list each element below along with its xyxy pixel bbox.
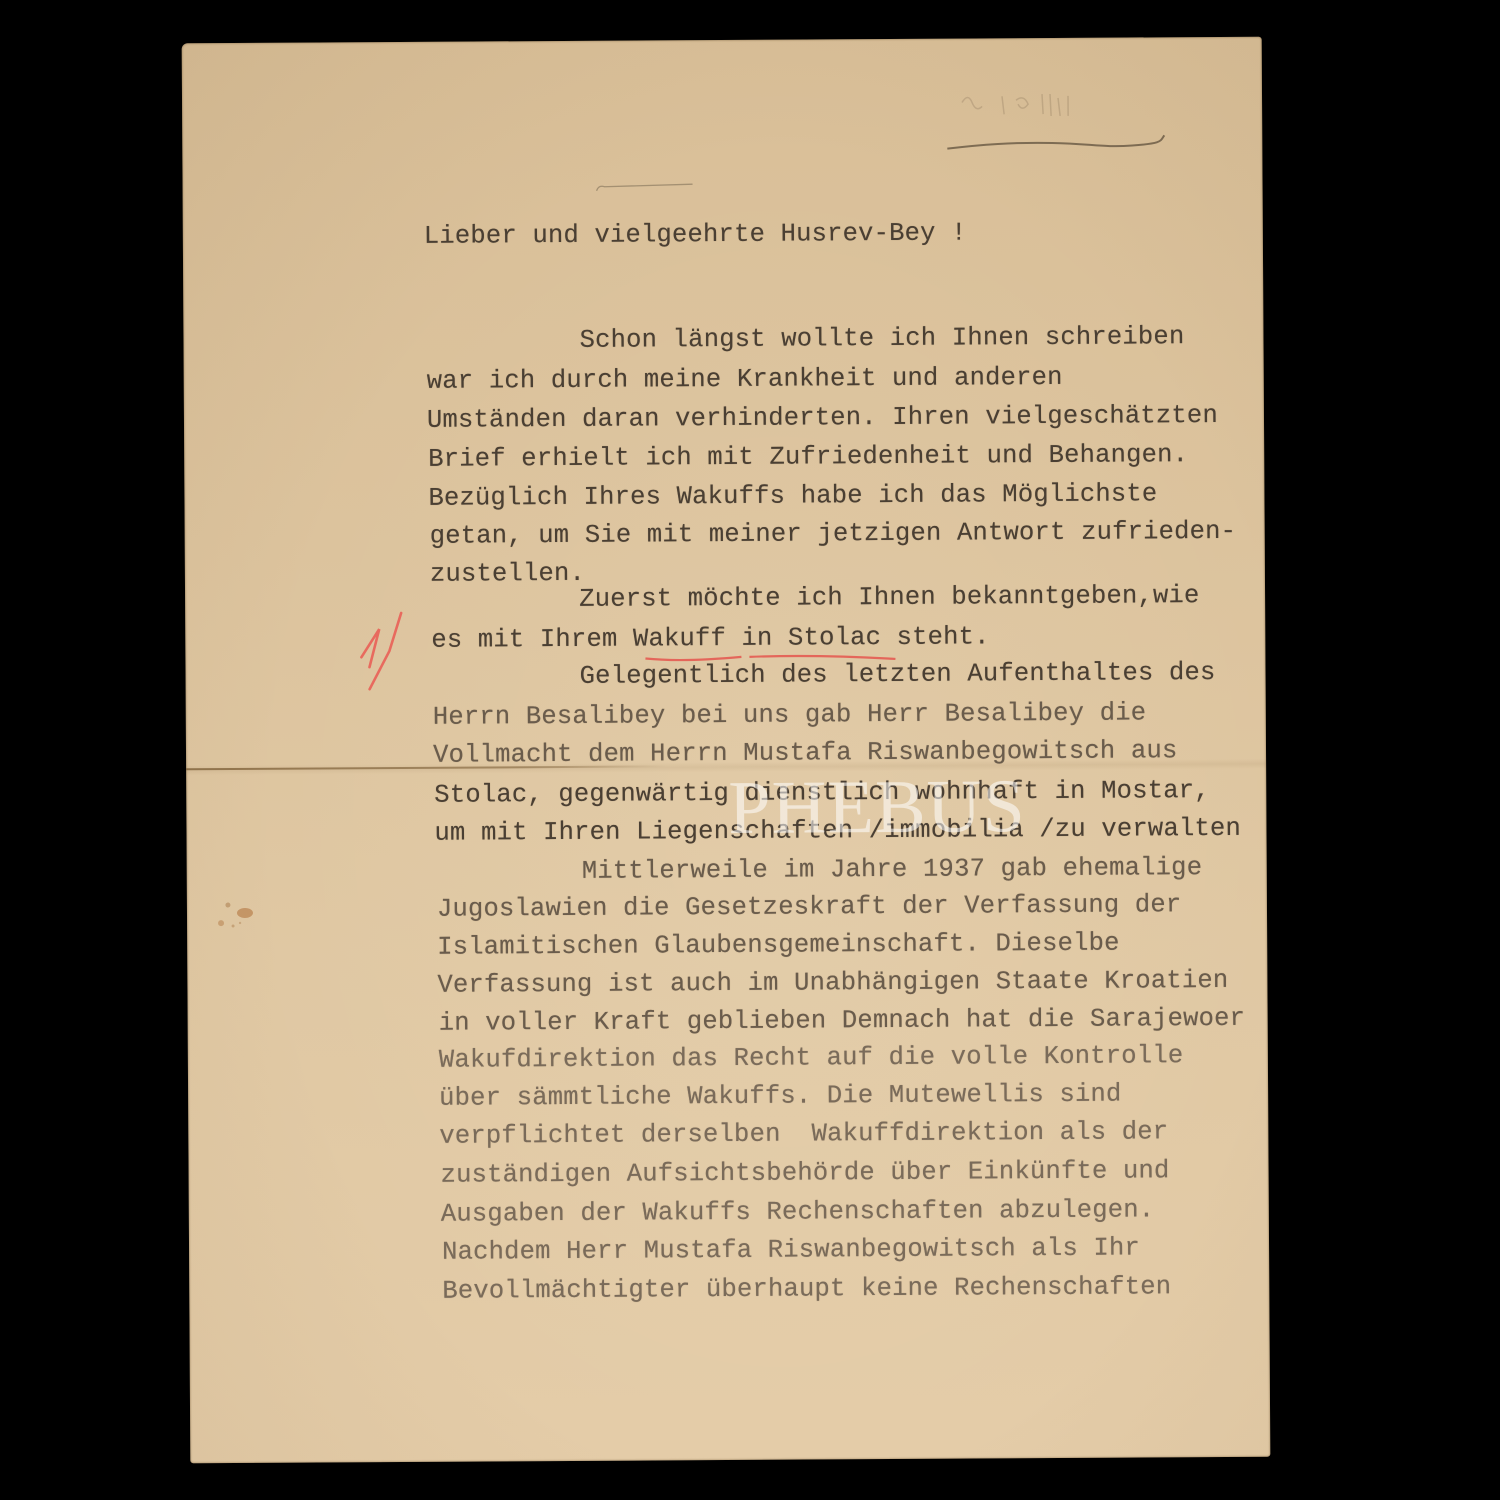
- body-line: es mit Ihrem Wakuff in Stolac steht.: [431, 622, 990, 655]
- body-line: Nachdem Herr Mustafa Riswanbegowitsch al…: [442, 1233, 1140, 1267]
- body-line: Bezüglich Ihres Wakuffs habe ich das Mög…: [428, 479, 1157, 513]
- body-line: Umständen daran verhinderten. Ihren viel…: [427, 401, 1218, 436]
- body-line: war ich durch meine Krankheit und andere…: [427, 363, 1063, 397]
- body-line: Islamitischen Glaubensgemeinschaft. Dies…: [437, 929, 1120, 963]
- salutation: Lieber und vielgeehrte Husrev-Bey !: [424, 219, 967, 252]
- body-line: Brief erhielt ich mit Zufriedenheit und …: [428, 440, 1188, 475]
- red-pencil-annotation-icon: [351, 607, 412, 697]
- letter-body: Lieber und vielgeehrte Husrev-Bey ! Scho…: [424, 217, 1264, 222]
- foxing-stain-icon: [205, 898, 265, 938]
- body-line: Ausgaben der Wakuffs Rechenschaften abzu…: [441, 1195, 1155, 1229]
- body-line: Mittlerweile im Jahre 1937 gab ehemalige: [427, 853, 1203, 888]
- body-line: zuständigen Aufsichtsbehörde über Einkün…: [441, 1156, 1170, 1190]
- body-line: um mit Ihren Liegenschaften /immobilia /…: [434, 814, 1241, 849]
- body-line: verpflichtet derselben Wakuffdirektion a…: [439, 1117, 1168, 1151]
- body-line: Stolac, gegenwärtig dienstlich wohnhaft …: [434, 776, 1210, 811]
- body-line: Bevollmächtigter überhaupt keine Rechens…: [442, 1272, 1171, 1306]
- pencil-dash-icon: [593, 180, 713, 195]
- body-line: Jugoslawien die Gesetzeskraft der Verfas…: [437, 890, 1182, 925]
- body-line: Schon längst wollte ich Ihnen schreiben: [424, 322, 1184, 357]
- pencil-notation-icon: [942, 81, 1172, 162]
- body-line: in voller Kraft geblieben Demnach hat di…: [439, 1004, 1246, 1039]
- body-line: Gelegentlich des letzten Aufenthaltes de…: [424, 658, 1215, 693]
- body-line: Herrn Besalibey bei uns gab Herr Besalib…: [433, 698, 1147, 732]
- photo-stage: Lieber und vielgeehrte Husrev-Bey ! Scho…: [0, 0, 1500, 1500]
- body-line: über sämmtliche Wakuffs. Die Mutewellis …: [439, 1080, 1122, 1114]
- body-line: getan, um Sie mit meiner jetzigen Antwor…: [430, 517, 1237, 552]
- body-line: Zuerst möchte ich Ihnen bekanntgeben,wie: [424, 581, 1200, 616]
- body-line: Verfassung ist auch im Unabhängigen Staa…: [437, 966, 1228, 1001]
- body-line: Wakufdirektion das Recht auf die volle K…: [439, 1041, 1184, 1076]
- body-line: Vollmacht dem Herrn Mustafa Riswanbegowi…: [433, 736, 1178, 771]
- letter-page: Lieber und vielgeehrte Husrev-Bey ! Scho…: [182, 37, 1271, 1464]
